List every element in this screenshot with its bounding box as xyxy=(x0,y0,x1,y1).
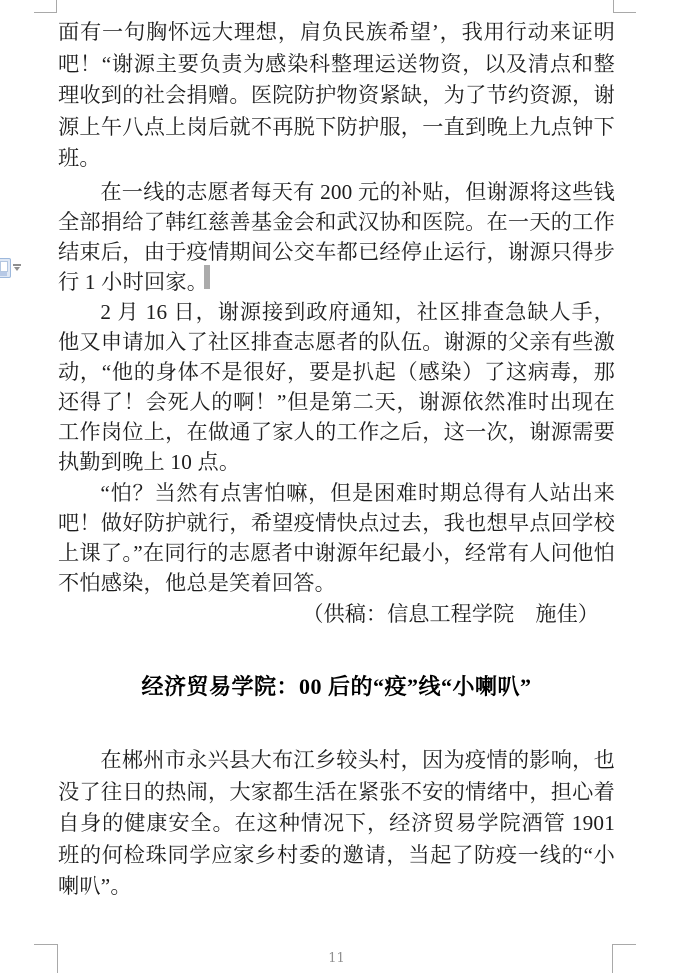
text-cursor xyxy=(204,265,210,289)
document-page: 面有一句胸怀远大理想，肩负民族希望’，我用行动来证明吧！“谢源主要负责为感染科整… xyxy=(0,0,683,980)
clipboard-sheet-icon xyxy=(0,261,8,272)
text-boundary-mark-bottom-left xyxy=(34,944,58,945)
page-number: 11 xyxy=(58,951,615,966)
section-heading[interactable]: 经济贸易学院：00 后的“疫”线“小喇叭” xyxy=(58,671,615,702)
text-boundary-mark-bottom-right xyxy=(612,944,636,945)
body-paragraph-4[interactable]: “怕？当然有点害怕嘛，但是困难时期总得有人站出来吧！做好防护就行，希望疫情快点过… xyxy=(58,478,615,598)
document-text-area[interactable]: 面有一句胸怀远大理想，肩负民族希望’，我用行动来证明吧！“谢源主要负责为感染科整… xyxy=(58,0,615,980)
text-boundary-mark-top-right xyxy=(613,12,636,13)
body-paragraph-continuation[interactable]: 面有一句胸怀远大理想，肩负民族希望’，我用行动来证明吧！“谢源主要负责为感染科整… xyxy=(58,17,615,175)
dropdown-arrow-triangle xyxy=(14,267,20,271)
paste-options-icon[interactable] xyxy=(0,258,11,278)
body-paragraph-5[interactable]: 在郴州市永兴县大布江乡较头村，因为疫情的影响，也没了往日的热闹，大家都生活在紧张… xyxy=(58,745,615,903)
dropdown-arrow-bar xyxy=(13,264,21,266)
body-paragraph-2[interactable]: 在一线的志愿者每天有 200 元的补贴，但谢源将这些钱全部捐给了韩红慈善基金会和… xyxy=(58,177,615,297)
clipboard-base-icon xyxy=(0,272,7,276)
body-paragraph-3[interactable]: 2 月 16 日，谢源接到政府通知，社区排查急缺人手，他又申请加入了社区排查志愿… xyxy=(58,297,615,477)
text-boundary-mark-top-left xyxy=(34,12,57,13)
dropdown-arrow-icon[interactable] xyxy=(13,264,21,271)
attribution-line[interactable]: （供稿：信息工程学院 施佳） xyxy=(58,599,615,629)
